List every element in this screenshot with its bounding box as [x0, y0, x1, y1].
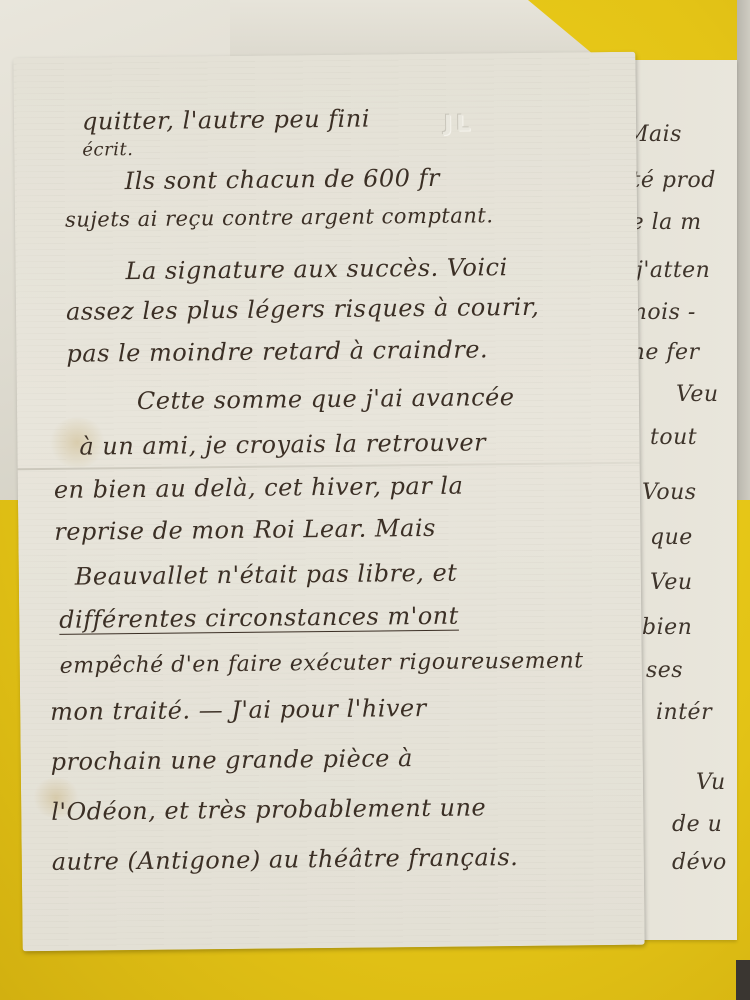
letter-line: La signature aux succès. Voici	[125, 253, 507, 285]
letter-line: l'Odéon, et très probablement une	[51, 793, 486, 826]
right-line: bien	[642, 615, 692, 640]
letter-line: Ils sont chacun de 600 fr	[124, 164, 440, 195]
letter-line: à un ami, je croyais la retrouver	[79, 428, 486, 460]
right-line: que	[650, 525, 693, 550]
letter-line: sujets ai reçu contre argent comptant.	[65, 203, 494, 231]
right-line: de u	[672, 812, 722, 837]
letter-line: quitter, l'autre peu fini	[82, 105, 370, 136]
right-line: Veu	[676, 382, 719, 407]
letter-line: empêché d'en faire exécuter rigoureuseme…	[60, 648, 584, 678]
letter-line: assez les plus légers risques à courir,	[66, 293, 540, 326]
letter-line: différentes circonstances m'ont	[59, 602, 459, 634]
letter-line: pas le moindre retard à craindre.	[66, 335, 488, 367]
letter-line: prochain une grande pièce à	[51, 744, 413, 776]
letter-line: Cette somme que j'ai avancée	[137, 383, 515, 415]
right-line: intér	[656, 700, 712, 725]
dark-corner	[736, 960, 750, 1000]
right-line: ses	[646, 658, 683, 683]
letter-line: autre (Antigone) au théâtre français.	[52, 843, 519, 876]
embossed-monogram: JL	[444, 111, 474, 136]
letter-line: mon traité. — J'ai pour l'hiver	[50, 694, 427, 726]
letter-line: Beauvallet n'était pas libre, et	[75, 559, 458, 591]
letter-line: reprise de mon Roi Lear. Mais	[54, 514, 436, 546]
paper-fold-line	[18, 462, 640, 471]
right-line: j'atten	[636, 258, 710, 283]
right-edge-grey-strip	[737, 0, 750, 500]
right-line: Veu	[650, 570, 693, 595]
right-line: dévo	[672, 850, 727, 875]
right-line: tout	[650, 425, 697, 450]
letter-line: écrit.	[82, 139, 133, 161]
right-line: Vous	[642, 480, 697, 505]
letter-line: en bien au delà, cet hiver, par la	[54, 472, 464, 504]
right-line: Vu	[696, 770, 726, 795]
letter-main-page: JL quitter, l'autre peu fini écrit. Ils …	[13, 52, 644, 951]
